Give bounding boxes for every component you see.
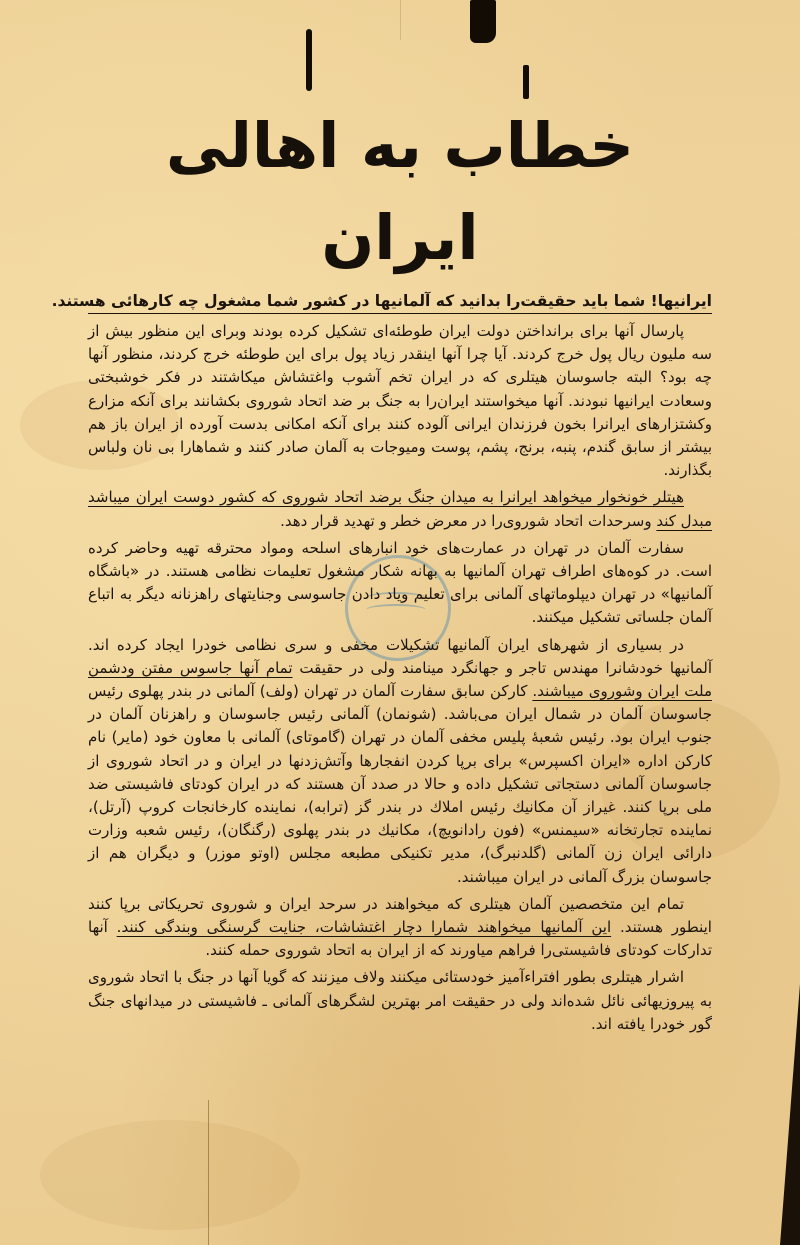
paragraph-text: پارسال آنها برای برانداختن دولت ایران طو… (88, 322, 712, 479)
paragraph: در بسیاری از شهرهای ایران آلمانیها تشکیل… (88, 634, 712, 889)
paragraph-text: وسرحدات اتحاد شوروی‌را در معرض خطر و تهد… (280, 512, 656, 530)
paragraph-text: کارکن سابق سفارت آلمان در تهران (ولف) آل… (88, 682, 712, 886)
paragraph-text: سفارت آلمان در تهران در عمارت‌های خود ان… (88, 539, 712, 627)
paper-tear (306, 29, 312, 91)
paragraph: اشرار هیتلری بطور افتراءآمیز خودستائی می… (88, 966, 712, 1036)
leaflet-content: خطاب به اهالی ایران ایرانیها! شما باید ح… (88, 100, 712, 1040)
paper-crease (208, 1100, 209, 1245)
paragraph-text: اشرار هیتلری بطور افتراءآمیز خودستائی می… (88, 968, 712, 1032)
leaflet-title: خطاب به اهالی ایران (88, 100, 712, 284)
paragraph: سفارت آلمان در تهران در عمارت‌های خود ان… (88, 537, 712, 630)
water-stain (40, 1120, 300, 1230)
paper-tear (470, 0, 496, 43)
paragraph: تمام این متخصصین آلمان هیتلری که میخواهن… (88, 893, 712, 963)
intro-line: ایرانیها! شما باید حقیقت‌را بدانید که آل… (88, 290, 712, 314)
paper-tear (523, 65, 529, 99)
underlined-text: این آلمانیها میخواهند شمارا دچار اغتشاشا… (117, 918, 611, 936)
paper-crease (400, 0, 401, 40)
paragraph: هیتلر خونخوار میخواهد ایرانرا به میدان ج… (88, 486, 712, 532)
paragraph: پارسال آنها برای برانداختن دولت ایران طو… (88, 320, 712, 482)
